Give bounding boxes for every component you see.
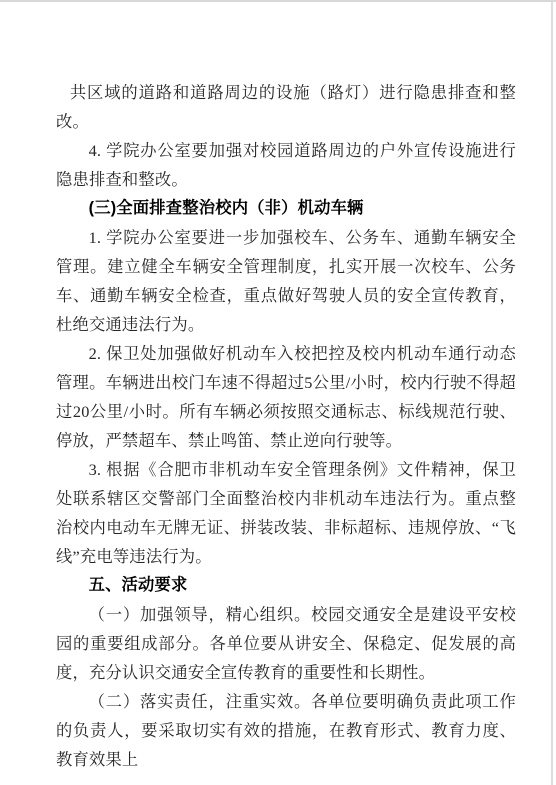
document-page: 共区域的道路和道路周边的设施（路灯）进行隐患排查和整改。 4. 学院办公室要加强… [0, 0, 556, 785]
paragraph-item-2: 2. 保卫处加强做好机动车入校把控及校内机动车通行动态管理。车辆进出校门车速不得… [56, 339, 516, 455]
section-heading-vehicles: (三)全面排查整治校内（非）机动车辆 [56, 194, 516, 223]
paragraph-item-4: 4. 学院办公室要加强对校园道路周边的户外宣传设施进行隐患排查和整改。 [56, 136, 516, 194]
section-heading-requirements: 五、活动要求 [56, 571, 516, 600]
paragraph-continuation: 共区域的道路和道路周边的设施（路灯）进行隐患排查和整改。 [56, 78, 516, 136]
page-right-border [551, 2, 553, 785]
paragraph-item-3: 3. 根据《合肥市非机动车安全管理条例》文件精神，保卫处联系辖区交警部门全面整治… [56, 455, 516, 571]
document-body: 共区域的道路和道路周边的设施（路灯）进行隐患排查和整改。 4. 学院办公室要加强… [56, 78, 516, 774]
paragraph-requirement-1: （一）加强领导，精心组织。校园交通安全是建设平安校园的重要组成部分。各单位要从讲… [56, 600, 516, 687]
paragraph-requirement-2: （二）落实责任，注重实效。各单位要明确负责此项工作的负责人，要采取切实有效的措施… [56, 687, 516, 774]
page-top-border [0, 0, 556, 2]
paragraph-item-1: 1. 学院办公室要进一步加强校车、公务车、通勤车辆安全管理。建立健全车辆安全管理… [56, 223, 516, 339]
